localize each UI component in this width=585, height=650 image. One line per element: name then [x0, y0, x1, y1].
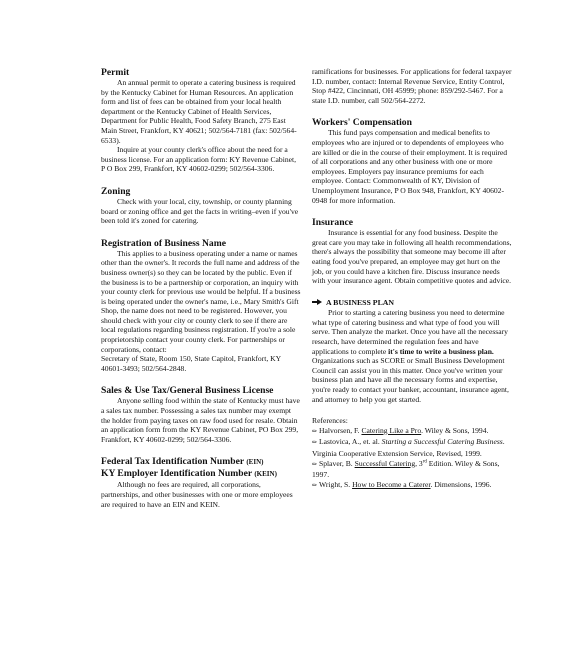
left-column: Permit An annual permit to operate a cat…: [101, 67, 301, 521]
permit-paragraph-2: Inquire at your county clerk's office ab…: [101, 145, 301, 174]
workers-comp-section: Workers' Compensation This fund pays com…: [312, 117, 512, 205]
reference-edition-prefix: , 3: [415, 459, 423, 468]
pencil-icon: ✏: [312, 428, 317, 438]
right-column: ramifications for businesses. For applic…: [312, 67, 512, 503]
references-section: References: ✏Halvorsen, F. Catering Like…: [312, 416, 512, 491]
reference-title: Catering Like a Pro: [361, 426, 421, 435]
pencil-icon: ✏: [312, 482, 317, 492]
zoning-paragraph: Check with your local, city, township, o…: [101, 197, 301, 226]
reference-author: Lastovica, A., et. al.: [319, 437, 382, 446]
business-plan-text-after: Organizations such as SCORE or Small Bus…: [312, 356, 509, 403]
continuation-paragraph: ramifications for businesses. For applic…: [312, 67, 512, 105]
sales-tax-heading: Sales & Use Tax/General Business License: [101, 385, 301, 396]
permit-paragraph-1: An annual permit to operate a catering b…: [101, 78, 301, 145]
reference-title: How to Become a Caterer: [352, 480, 430, 489]
ein-abbr: (EIN): [246, 458, 263, 466]
kein-heading-line2: KY Employer Identification Number: [101, 468, 252, 479]
reference-details: . Wiley & Sons, 1994.: [421, 426, 488, 435]
reference-author: Splaver, B.: [319, 459, 355, 468]
insurance-heading: Insurance: [312, 217, 512, 228]
federal-tax-heading: Federal Tax Identification Number (EIN) …: [101, 456, 301, 480]
registration-heading: Registration of Business Name: [101, 238, 301, 249]
workers-comp-paragraph: This fund pays compensation and medical …: [312, 128, 512, 205]
reference-details: . Dimensions, 1996.: [431, 480, 492, 489]
reference-title: Starting a Successful Catering Business: [382, 437, 503, 446]
reference-item: ✏Lastovica, A., et. al. Starting a Succe…: [312, 437, 512, 458]
reference-author: Halvorsen, F.: [319, 426, 361, 435]
kein-abbr: (KEIN): [254, 470, 277, 478]
federal-tax-paragraph: Although no fees are required, all corpo…: [101, 480, 301, 509]
insurance-paragraph: Insurance is essential for any food busi…: [312, 228, 512, 286]
sales-tax-paragraph: Anyone selling food within the state of …: [101, 396, 301, 444]
registration-section: Registration of Business Name This appli…: [101, 238, 301, 374]
continuation-section: ramifications for businesses. For applic…: [312, 67, 512, 105]
registration-paragraph-1: This applies to a business operating und…: [101, 249, 301, 355]
pencil-icon: ✏: [312, 439, 317, 449]
pencil-icon: ✏: [312, 461, 317, 471]
business-plan-heading: A BUSINESS PLAN: [326, 298, 394, 308]
permit-heading: Permit: [101, 67, 301, 78]
business-plan-heading-row: A BUSINESS PLAN: [312, 298, 512, 308]
reference-item: ✏Splaver, B. Successful Catering, 3rd Ed…: [312, 459, 512, 480]
reference-item: ✏Halvorsen, F. Catering Like a Pro. Wile…: [312, 426, 512, 438]
federal-tax-heading-line1: Federal Tax Identification Number: [101, 456, 244, 467]
reference-author: Wright, S.: [319, 480, 352, 489]
permit-section: Permit An annual permit to operate a cat…: [101, 67, 301, 174]
federal-tax-section: Federal Tax Identification Number (EIN) …: [101, 456, 301, 509]
registration-paragraph-2: Secretary of State, Room 150, State Capi…: [101, 354, 301, 373]
business-plan-bold-text: it's time to write a business plan.: [388, 347, 494, 356]
business-plan-section: A BUSINESS PLAN Prior to starting a cate…: [312, 298, 512, 405]
workers-comp-heading: Workers' Compensation: [312, 117, 512, 128]
insurance-section: Insurance Insurance is essential for any…: [312, 217, 512, 286]
reference-title: Successful Catering: [355, 459, 416, 468]
arrow-right-icon: [312, 299, 322, 305]
zoning-heading: Zoning: [101, 186, 301, 197]
references-heading: References:: [312, 416, 512, 426]
sales-tax-section: Sales & Use Tax/General Business License…: [101, 385, 301, 444]
reference-item: ✏Wright, S. How to Become a Caterer. Dim…: [312, 480, 512, 492]
business-plan-paragraph: Prior to starting a catering business yo…: [312, 308, 512, 404]
zoning-section: Zoning Check with your local, city, town…: [101, 186, 301, 226]
